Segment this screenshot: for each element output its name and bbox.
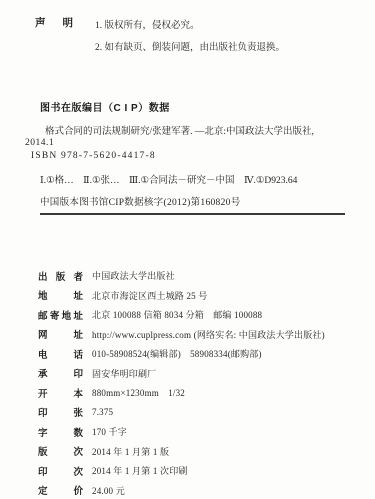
row-label: 印次 <box>38 464 83 478</box>
notice-section: 声明 1. 版权所有，侵权必究。 2. 如有缺页、倒装问题，由出版社负责退换。 <box>35 15 285 59</box>
notice-heading: 声明 <box>35 15 73 59</box>
row-value: http://www.cuplpress.com (网络实名: 中国政法大学出版… <box>92 328 325 341</box>
row-value: 24.00 元 <box>92 484 125 497</box>
table-row-price: 定价 24.00 元 <box>38 481 325 499</box>
row-label: 邮寄地址 <box>38 308 83 322</box>
row-label: 字数 <box>38 425 83 439</box>
row-value: 170 千字 <box>92 425 127 438</box>
row-value: 010-58908524(编辑部) 58908334(邮购部) <box>92 347 262 360</box>
row-label: 承印 <box>38 366 83 380</box>
cip-heading: 图书在版编目（C I P）数据 <box>40 99 170 114</box>
table-row-format: 开本 880mm×1230mm 1/32 <box>38 383 325 403</box>
publish-date-line: 2014.1 <box>25 138 54 148</box>
table-row-sheets: 印张 7.375 <box>38 403 325 423</box>
notice-item-returns: 2. 如有缺页、倒装问题，由出版社负责退换。 <box>95 37 285 59</box>
row-value: 中国政法大学出版社 <box>92 269 175 282</box>
row-label: 定价 <box>38 483 83 497</box>
table-row-phone: 电话 010-58908524(编辑部) 58908334(邮购部) <box>38 344 325 364</box>
row-value: 7.375 <box>92 407 113 417</box>
row-label: 开本 <box>38 386 83 400</box>
row-label: 印张 <box>38 405 83 419</box>
table-row-word-count: 字数 170 千字 <box>38 422 325 442</box>
row-value: 北京市海淀区西土城路 25 号 <box>92 289 208 302</box>
notice-item-copyright: 1. 版权所有，侵权必究。 <box>95 15 285 37</box>
table-row-publisher: 出版者 中国政法大学出版社 <box>38 266 325 286</box>
isbn-line: ISBN 978-7-5620-4417-8 <box>31 151 156 161</box>
row-value: 北京 100088 信箱 8034 分箱 邮编 100088 <box>92 308 262 321</box>
classification-line: Ⅰ.①格… Ⅱ.①张… Ⅲ.①合同法－研究－中国 Ⅳ.①D923.64 <box>40 172 297 186</box>
cip-record-number: 中国版本图书馆CIP数据核字(2012)第160820号 <box>40 194 241 208</box>
table-row-address: 地址 北京市海淀区西土城路 25 号 <box>38 286 325 306</box>
row-value: 固安华明印刷厂 <box>92 367 156 380</box>
book-title-line: 格式合同的司法规制研究/张建军著. —北京:中国政法大学出版社, <box>45 123 314 137</box>
table-row-impression: 印次 2014 年 1 月第 1 次印刷 <box>38 461 325 481</box>
table-row-edition: 版次 2014 年 1 月第 1 版 <box>38 442 325 462</box>
row-value: 880mm×1230mm 1/32 <box>92 386 185 399</box>
colophon-table: 出版者 中国政法大学出版社 地址 北京市海淀区西土城路 25 号 邮寄地址 北京… <box>38 266 325 499</box>
table-row-mailing-address: 邮寄地址 北京 100088 信箱 8034 分箱 邮编 100088 <box>38 305 325 325</box>
row-label: 版次 <box>38 444 83 458</box>
row-label: 电话 <box>38 347 83 361</box>
copyright-page: 声明 1. 版权所有，侵权必究。 2. 如有缺页、倒装问题，由出版社负责退换。 … <box>0 0 375 499</box>
row-value: 2014 年 1 月第 1 版 <box>92 445 169 458</box>
table-row-printer: 承印 固安华明印刷厂 <box>38 364 325 384</box>
row-label: 地址 <box>38 288 83 302</box>
divider-rule <box>40 213 345 215</box>
row-label: 出版者 <box>38 269 83 283</box>
row-label: 网址 <box>38 327 83 341</box>
row-value: 2014 年 1 月第 1 次印刷 <box>92 464 188 477</box>
notice-items: 1. 版权所有，侵权必究。 2. 如有缺页、倒装问题，由出版社负责退换。 <box>95 15 285 59</box>
table-row-website: 网址 http://www.cuplpress.com (网络实名: 中国政法大… <box>38 325 325 345</box>
